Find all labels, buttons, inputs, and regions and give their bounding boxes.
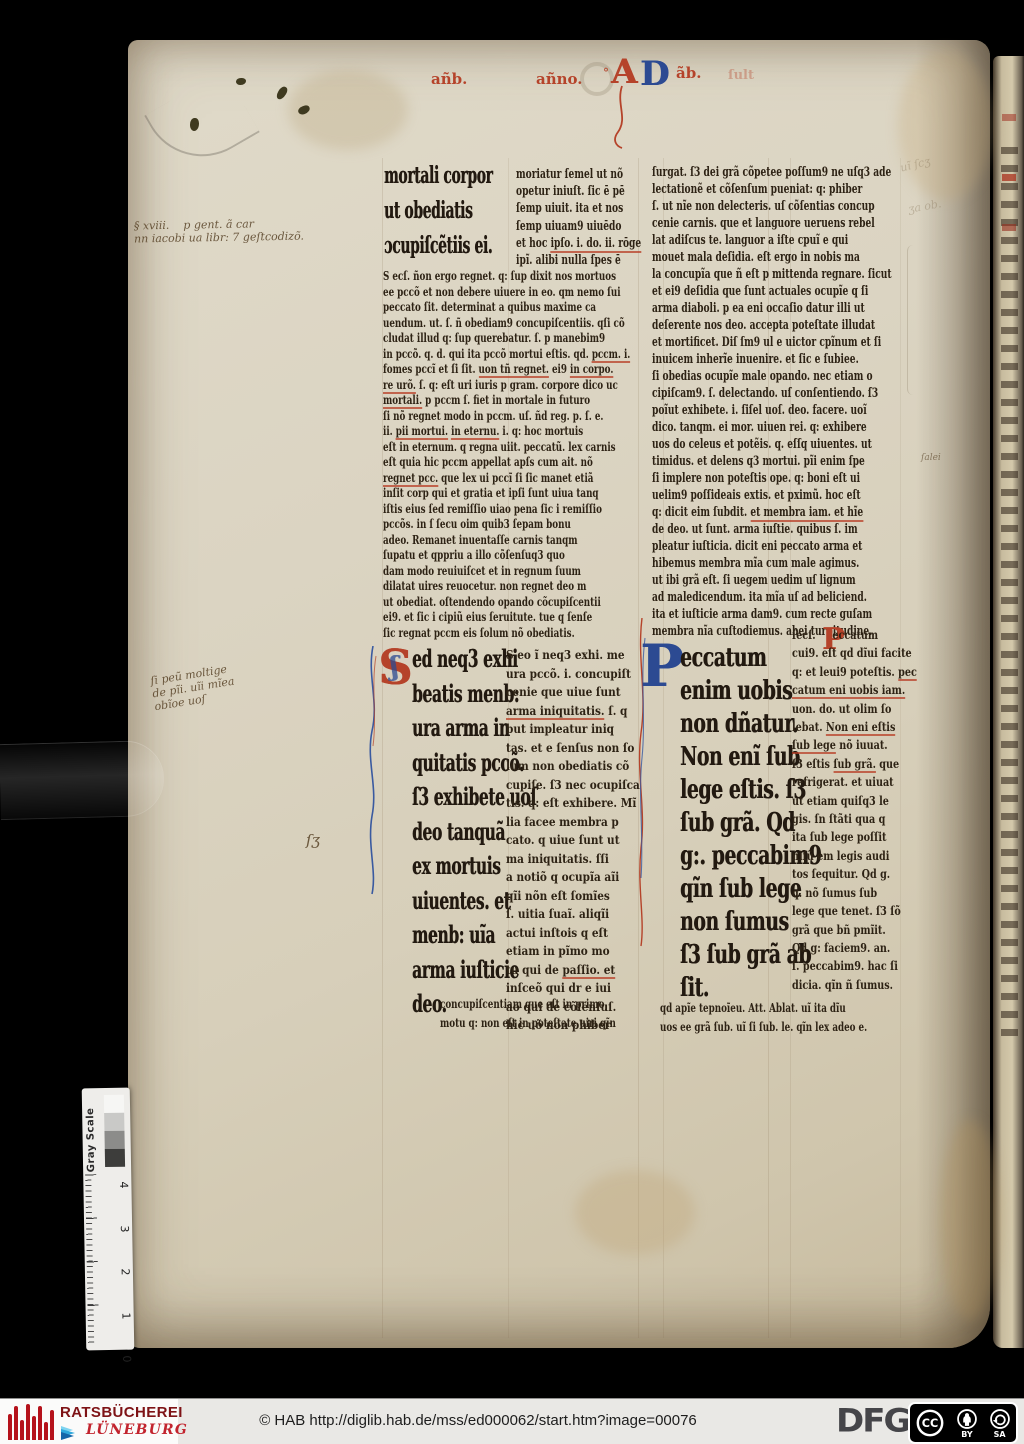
text-line: ut etiam quiſq3 le (792, 792, 914, 810)
running-header-center: añno. (536, 70, 583, 88)
text-line: ſi nõ regnet modo in pccm. uſ. ñd reg. p… (383, 408, 643, 424)
text-line: cui9. eſt qd dĩui facite (792, 644, 914, 662)
text-line: cenie carnis. que et languore ueruens re… (652, 215, 911, 232)
gloss-column-top-mid: moriatur ſemel ut nõopetur iniuſt. ſic ē… (516, 166, 649, 269)
text-line: ſupatu et qppriu a illo cõſenſuq3 quo (383, 547, 643, 563)
text-line: ei9. et ſic i cipiũ eius ſeruitute. tue … (383, 609, 643, 625)
parchment-stain (575, 1170, 695, 1255)
gloss-block-wide: S ecſ. ñon ergo regnet. q: ſup dixit nos… (383, 268, 643, 640)
text-line: eſt in eternum. q regna uiit. peccatũ. l… (383, 439, 643, 455)
text-line: ura pccõ. i. concupiſt (506, 665, 640, 684)
text-line: ſ. ut nĩe non delecteris. uſ cõſentias c… (652, 198, 911, 215)
gray-patch (104, 1131, 124, 1149)
text-line: dilatat uires reuocetur. non regnet deo … (383, 578, 643, 594)
text-line: mortali. p pccm ſ. fiet in mortale in fu… (383, 392, 643, 408)
running-header-right: ãb. (676, 64, 701, 82)
parchment-stain (898, 50, 993, 200)
manuscript-page: añb. añno. ° A D ãb. ſult mortali corpor… (128, 40, 990, 1348)
text-line: in pccõ. q. d. qui ita pccõ mortui eſtis… (383, 346, 643, 362)
text-line: ſi obedias ocupĩe male opando. nec etiam… (652, 368, 911, 385)
text-line: qĩi nõn eſt ſomĩes (506, 887, 640, 906)
margin-note-top-left: § xviii. p gent. ã carnn iacobi ua libr:… (134, 217, 304, 246)
text-line: ſ3 eſtis ſub grã. que (792, 755, 914, 773)
margin-note-mid-left: ſi peũ moltigede pĩi. uĩi mĩeaobĩoe uoſ (149, 662, 237, 713)
text-line: refrigerat. et uiuat (792, 773, 914, 791)
text-line: etiam in pĩmo mo (506, 942, 640, 961)
page-holder-strip (0, 740, 165, 820)
ratsbuecherei-bars-icon (8, 1404, 54, 1440)
text-line: inuicem inherĩe inuenire. et ſic e ſubie… (652, 351, 911, 368)
text-line: ad maledicendum. ita mĩa uſ ad beliciend… (652, 589, 911, 606)
text-line: ut obediatis (384, 193, 516, 228)
text-line: ſecſ. eccatum (792, 626, 914, 644)
ruler-numbers: 43210 (100, 1168, 120, 1386)
text-line: cupiſe. ſ3 nec ocupiſca (506, 776, 640, 795)
gloss-trailing-wide: qd apĩe tepnoĩeu. Att. Ablat. uĩ ita dĩu… (660, 998, 1024, 1036)
book-icon (60, 1423, 84, 1441)
text-line: ut obediat. oſtendendo opando cõcupiſcen… (383, 594, 643, 610)
text-line: q: et leui9 poteſtis. pec (792, 663, 914, 681)
cc-by-label: BY (961, 1431, 972, 1439)
text-line: moriatur ſemel ut nõ (516, 166, 649, 183)
grayscale-label: Gray Scale (85, 1094, 97, 1172)
text-line: peccato ſit. determinat a quibus maxime … (383, 299, 643, 315)
text-line: catum eni uobis iam. (792, 681, 914, 699)
cc-by-icon: BY (956, 1408, 978, 1439)
gloss-column-sed-side: S eo ĩ neq3 exhi. meura pccõ. i. concupi… (506, 646, 640, 1035)
text-line: cludat illud q: ſup querebatur. ſ. p man… (383, 330, 643, 346)
text-line: q. nõ ſumus ſub (792, 884, 914, 902)
grayscale-patches (104, 1095, 125, 1167)
next-leaf-rubric-mark (1002, 224, 1016, 231)
text-line: tu qui de paſſio. et (506, 961, 640, 980)
text-line: 1 (89, 1312, 133, 1329)
gloss-column-right: ſurgat. ſ3 dei grã cõpetee poſſum9 ne uſ… (652, 164, 911, 640)
gray-patch (105, 1149, 125, 1167)
text-line: adeo. Remanet inuentaſſe carnis tanqm (383, 532, 643, 548)
next-leaf-rubric-mark (1002, 114, 1016, 121)
text-line: inſceõ qui dr e iui (506, 979, 640, 998)
text-line: ſemp uiuit. ita et nos (516, 200, 649, 217)
next-leaf-rubric-mark (1002, 174, 1016, 181)
text-line: regnet pcc. que lex ui pccĩ ſi ſic manet… (383, 470, 643, 486)
text-line: 0 (90, 1355, 134, 1372)
text-line: uos do celeus et potẽis. q. eſſq uiuente… (652, 436, 911, 453)
text-line: ɔcupiſcẽtiis ei. (384, 228, 516, 263)
text-line: niſũ em legis audi (792, 847, 914, 865)
text-line: ſic regnat pccm eis ſolum nõ obediatis. (383, 625, 643, 641)
margin-bracket (907, 245, 918, 395)
text-line: deſerente nos deo. accepta poteſtate ill… (652, 317, 911, 334)
text-line: uelim9 poſſideais extis. et pximũ. hoc e… (652, 487, 911, 504)
text-line: q: dicit eim ſubdit. et membra iam. et h… (652, 504, 911, 521)
text-line: uos ee grã ſub. uĩ ſi ſub. le. qĩn lex a… (660, 1017, 1024, 1036)
text-line: ſub lege nõ iuuat. (792, 736, 914, 754)
decorated-initial-p: P (640, 632, 684, 700)
text-line: lum non obediatis cõ (506, 757, 640, 776)
text-line: ita et iuſticie arma dam9. cum recte guſ… (652, 606, 911, 623)
svg-text:CC: CC (922, 1417, 939, 1430)
text-line: arma diaboli. p ea eni occaſio datur ill… (652, 300, 911, 317)
text-line: et mortificet. Diſ ſm9 ul e uictor cpĩnu… (652, 334, 911, 351)
library-city: LÜNEBURG (86, 1422, 188, 1438)
text-line: nn iacobi ua libr: 7 geſtcodizõ. (134, 230, 304, 246)
text-line: inſit corp qui et gratia et ipſi ſunt ui… (383, 485, 643, 501)
cc-license-badge: CC BY SA (908, 1402, 1018, 1444)
text-line: cenie que uiue ſunt (506, 683, 640, 702)
text-line: lebat. Non eni eſtis (792, 718, 914, 736)
text-line: lat adiſcus te. languor a iſte cpuĩ e qu… (652, 232, 911, 249)
text-line: ſ. peccabim9. hac ſi (792, 957, 914, 975)
text-line: ao qui de cõſenſuſ. (506, 998, 640, 1017)
cc-logo-icon: CC (915, 1408, 945, 1438)
text-line: Qd g: faciem9. an. (792, 939, 914, 957)
library-name: RATSBÜCHEREI (60, 1404, 183, 1421)
text-line: uon. do. ut olim ſo (792, 700, 914, 718)
text-line: opetur iniuſt. ſic ē pē (516, 183, 649, 200)
gloss-column-far-right: ſecſ. eccatumcui9. eſt qd dĩui faciteq: … (792, 626, 914, 994)
text-line: ut ibi grã eſt. ſi uegem uedim uſ lignum (652, 572, 911, 589)
text-line: 2 (88, 1268, 132, 1285)
text-line: dico. tanqm. ei mor. uiuen rei. q: exhib… (652, 419, 911, 436)
margin-note-right: ſalei (921, 452, 941, 465)
text-line: ii. pii mortui. in eternu. i. q: hoc mor… (383, 423, 643, 439)
text-line: dam modo reuiuiſcet et in regnum ſuum (383, 563, 643, 579)
text-line: tis. q: eſt exhibere. Mĩ (506, 794, 640, 813)
text-line: tos ſequitur. Qd g. (792, 865, 914, 883)
text-line: dicia. qĩn ñ ſumus. (792, 976, 914, 994)
text-line: a notiõ q ocupĩa aĩi (506, 868, 640, 887)
text-line: mouet mala deſidia. eſt ergo in nobis ma (652, 249, 911, 266)
text-line: lia facee membra p (506, 813, 640, 832)
text-line: et ei9 deſidia que ſunt actuales ocupĩe … (652, 283, 911, 300)
margin-mark: ſʒ (306, 834, 320, 847)
gray-patch (104, 1095, 124, 1113)
cc-sa-icon: SA (989, 1408, 1011, 1439)
text-line: eſt quia hic pccm appellat apſs cum ait.… (383, 454, 643, 470)
text-line: lectationẽ et cõſenſum pueniat: q: phibe… (652, 181, 911, 198)
running-header-faint: ſult (728, 68, 754, 83)
text-line: actui inſtois q eſt (506, 924, 640, 943)
text-line: S ecſ. ñon ergo regnet. q: ſup dixit nos… (383, 268, 643, 284)
dfg-logo: DFG (836, 1402, 909, 1440)
text-line: ma iniquitatis. ſſi (506, 850, 640, 869)
text-line: arma iniquitatis. ſ. q (506, 702, 640, 721)
header-flourish (608, 84, 632, 150)
ink-spot (236, 78, 246, 85)
text-line: lege que tenet. ſ3 ſõ (792, 902, 914, 920)
text-line: cipiſcam9. ſ. delectando. uſ conſentiend… (652, 385, 911, 402)
text-line: grã que bñ pmĩit. (792, 921, 914, 939)
text-line: timidus. et delens q3 mortui. pĩi enim ſ… (652, 453, 911, 470)
text-line: ipĩ. alibi nulla ſpes ē (516, 252, 649, 269)
gray-patch (104, 1113, 124, 1131)
text-line: cato. q uiue ſunt ut (506, 831, 640, 850)
text-line: iſtis eius ſed remiſſio uiao pena ſic i … (383, 501, 643, 517)
parchment-stain (940, 1120, 1000, 1320)
running-header-initial-d: D (640, 54, 669, 94)
text-line: et hoc ipſo. i. do. ii. rōge (516, 235, 649, 252)
text-line: 4 (87, 1181, 131, 1198)
text-line: ee pccõ et non debere uiuere in eo. qm n… (383, 284, 643, 300)
text-line: ſemp uiuam9 uiuēdo (516, 218, 649, 235)
ink-spot (275, 85, 289, 101)
text-line: ſurgat. ſ3 dei grã cõpetee poſſum9 ne uſ… (652, 164, 911, 181)
lemma-text-block: mortali corporut obediatisɔcupiſcẽtiis e… (384, 158, 516, 263)
text-line: S eo ĩ neq3 exhi. me (506, 646, 640, 665)
text-line: hic uõ non phiber (506, 1016, 640, 1035)
text-line: ſ. uitia ſuaĩ. aliqĩi (506, 905, 640, 924)
text-line: de deo. ut ſunt. arma iuſtie. quibus ſ. … (652, 521, 911, 538)
text-line: la concupĩa que ñ eſt p mittenda regnare… (652, 266, 911, 283)
grayscale-calibration-card: Gray Scale 43210 (82, 1088, 135, 1351)
text-line: pleatur iuſticia. dicit eni peccato arma… (652, 538, 911, 555)
copyright-url-text: © HAB http://diglib.hab.de/mss/ed000062/… (250, 1412, 706, 1429)
text-line: qd apĩe tepnoĩeu. Att. Ablat. uĩ ita dĩu (660, 998, 1024, 1017)
header-degree-mark: ° (603, 66, 609, 80)
initial-s-blue-ornament: ʃ (390, 652, 399, 682)
text-line: uendum. ut. ſ. ñ obediam9 concupiſcentii… (383, 315, 643, 331)
text-line: ita ſub lege poſſit (792, 828, 914, 846)
text-line: tas. et e ſenſus non ſo (506, 739, 640, 758)
running-header-left: añb. (431, 70, 467, 88)
text-line: hibemus membra mĩa cum male agimus. (652, 555, 911, 572)
text-line: ſi implere non poteſtis ope. q: boni eſt… (652, 470, 911, 487)
text-line: mortali corpor (384, 158, 516, 193)
text-line: re urõ. ſ. q: eſt uri iuris p gram. corp… (383, 377, 643, 393)
text-line: pccõs. in ſ ſecu oim quib3 ſepam bonu (383, 516, 643, 532)
text-line: gis. ſn ſtãti qua q (792, 810, 914, 828)
next-leaf-edge (993, 56, 1024, 1348)
text-line: but impleatur iniq (506, 720, 640, 739)
text-line: poĩut exhibete. i. ſiſel uoſ. deo. facer… (652, 402, 911, 419)
text-line: 3 (87, 1225, 131, 1242)
footer-bar: RATSBÜCHEREI LÜNEBURG © HAB http://digli… (0, 1398, 1024, 1444)
cc-sa-label: SA (994, 1431, 1006, 1439)
scan-viewport: añb. añno. ° A D ãb. ſult mortali corpor… (0, 0, 1024, 1444)
text-line: fomes pccĩ et ſi ſit. uon tñ regnet. ei9… (383, 361, 643, 377)
next-leaf-text-fragment (1001, 142, 1018, 1042)
pencil-scribble (144, 70, 260, 178)
